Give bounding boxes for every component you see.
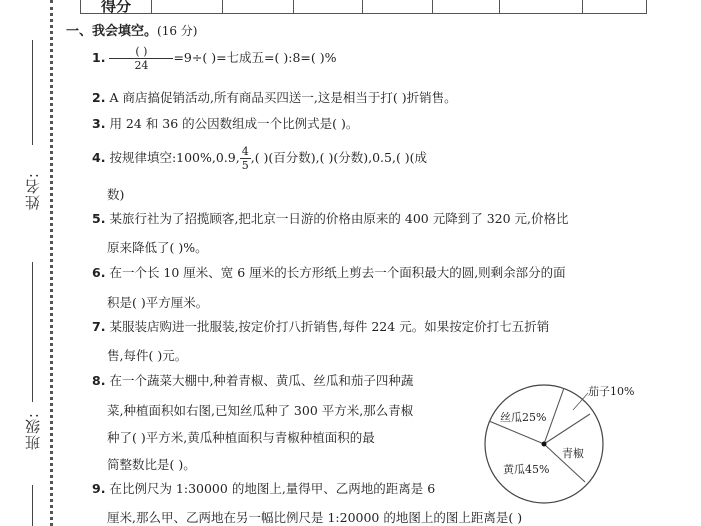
fraction: 4 5 <box>240 145 251 172</box>
question-6: 6. 在一个长 10 厘米、宽 6 厘米的长方形纸上剪去一个面积最大的圆,则剩余… <box>92 259 566 287</box>
score-cell[interactable] <box>152 0 223 14</box>
question-number: 1. <box>92 50 105 65</box>
question-text: 按规律填空:100%,0.9, <box>109 150 239 165</box>
question-text: 在一个长 10 厘米、宽 6 厘米的长方形纸上剪去一个面积最大的圆,则剩余部分的… <box>109 265 565 280</box>
pie-label-cucumber: 黄瓜45% <box>503 461 549 477</box>
name-label: 姓名: <box>22 172 43 210</box>
question-number: 9. <box>92 481 105 496</box>
question-3: 3. 用 24 和 36 的公因数组成一个比例式是( )。 <box>92 110 358 138</box>
fraction: ( ) 24 <box>109 45 173 72</box>
question-text: A 商店搞促销活动,所有商品买四送一,这是相当于打( )折销售。 <box>109 90 456 105</box>
question-text: 某旅行社为了招揽顾客,把北京一日游的价格由原来的 400 元降到了 320 元,… <box>109 211 568 226</box>
question-9-line2: 厘米,那么甲、乙两地在另一幅比例尺是 1:20000 的地图上的图上距离是( ) <box>107 508 522 526</box>
question-number: 8. <box>92 373 105 388</box>
score-row-label: 得分 <box>81 0 152 14</box>
question-6-line2: 积是( )平方厘米。 <box>107 293 208 311</box>
question-1: 1. ( ) 24 =9÷( )=七成五=( ):8=( )% <box>92 44 336 72</box>
question-text: 用 24 和 36 的公因数组成一个比例式是( )。 <box>109 116 358 131</box>
question-number: 5. <box>92 211 105 226</box>
class-label: 班级: <box>22 412 43 450</box>
question-number: 2. <box>92 90 105 105</box>
question-number: 7. <box>92 319 105 334</box>
question-9: 9. 在比例尺为 1:30000 的地图上,量得甲、乙两地的距离是 6 <box>92 475 435 503</box>
pie-label-eggplant: 茄子10% <box>588 383 634 399</box>
question-text: ,( )(百分数),( )(分数),0.5,( )(成 <box>251 150 427 165</box>
binding-dashed-line <box>50 0 53 526</box>
pie-label-pepper: 青椒 <box>562 445 584 461</box>
score-cell[interactable] <box>363 0 433 14</box>
pie-label-luffa: 丝瓜25% <box>500 409 546 425</box>
question-5: 5. 某旅行社为了招揽顾客,把北京一日游的价格由原来的 400 元降到了 320… <box>92 205 569 233</box>
fraction-numerator: 4 <box>240 145 251 159</box>
pie-center-dot <box>542 442 547 447</box>
question-text: 在一个蔬菜大棚中,种着青椒、黄瓜、丝瓜和茄子四种蔬 <box>109 373 413 388</box>
score-cell[interactable] <box>500 0 583 14</box>
question-text: 在比例尺为 1:30000 的地图上,量得甲、乙两地的距离是 6 <box>109 481 435 496</box>
question-8: 8. 在一个蔬菜大棚中,种着青椒、黄瓜、丝瓜和茄子四种蔬 <box>92 367 413 395</box>
section-points: (16 分) <box>157 24 197 38</box>
question-text: 某服装店购进一批服装,按定价打八折销售,每件 224 元。如果按定价打七五折销 <box>109 319 549 334</box>
question-8-line2: 菜,种植面积如右图,已知丝瓜种了 300 平方米,那么青椒 <box>107 401 413 419</box>
score-cell[interactable] <box>583 0 647 14</box>
question-number: 3. <box>92 116 105 131</box>
question-4: 4. 按规律填空:100%,0.9, 4 5 ,( )(百分数),( )(分数)… <box>92 144 427 172</box>
fraction-numerator-blank[interactable]: ( ) <box>109 45 173 59</box>
score-cell[interactable] <box>223 0 294 14</box>
question-2: 2. A 商店搞促销活动,所有商品买四送一,这是相当于打( )折销售。 <box>92 84 457 112</box>
margin-line <box>32 485 33 526</box>
question-number: 6. <box>92 265 105 280</box>
fraction-denominator: 24 <box>109 59 173 72</box>
margin-line <box>32 40 33 145</box>
pie-divider <box>544 414 590 444</box>
score-cell[interactable] <box>433 0 500 14</box>
question-7-line2: 售,每件( )元。 <box>107 346 187 364</box>
margin-line <box>32 262 33 402</box>
question-text: =9÷( )=七成五=( ):8=( )% <box>173 50 336 65</box>
question-5-line2: 原来降低了( )%。 <box>107 238 208 256</box>
question-8-line3: 种了( )平方米,黄瓜种植面积与青椒种植面积的最 <box>107 428 375 446</box>
pie-chart <box>470 365 701 526</box>
score-cell[interactable] <box>294 0 363 14</box>
section-title: 一、我会填空。(16 分) <box>66 20 197 39</box>
fraction-denominator: 5 <box>240 159 251 172</box>
question-number: 4. <box>92 150 105 165</box>
question-4-line2: 数) <box>107 185 124 203</box>
section-title-text: 一、我会填空。 <box>66 24 157 39</box>
pie-divider <box>544 388 564 444</box>
question-8-line4: 简整数比是( )。 <box>107 455 196 473</box>
score-table: 得分 <box>80 0 647 14</box>
question-7: 7. 某服装店购进一批服装,按定价打八折销售,每件 224 元。如果按定价打七五… <box>92 313 549 341</box>
